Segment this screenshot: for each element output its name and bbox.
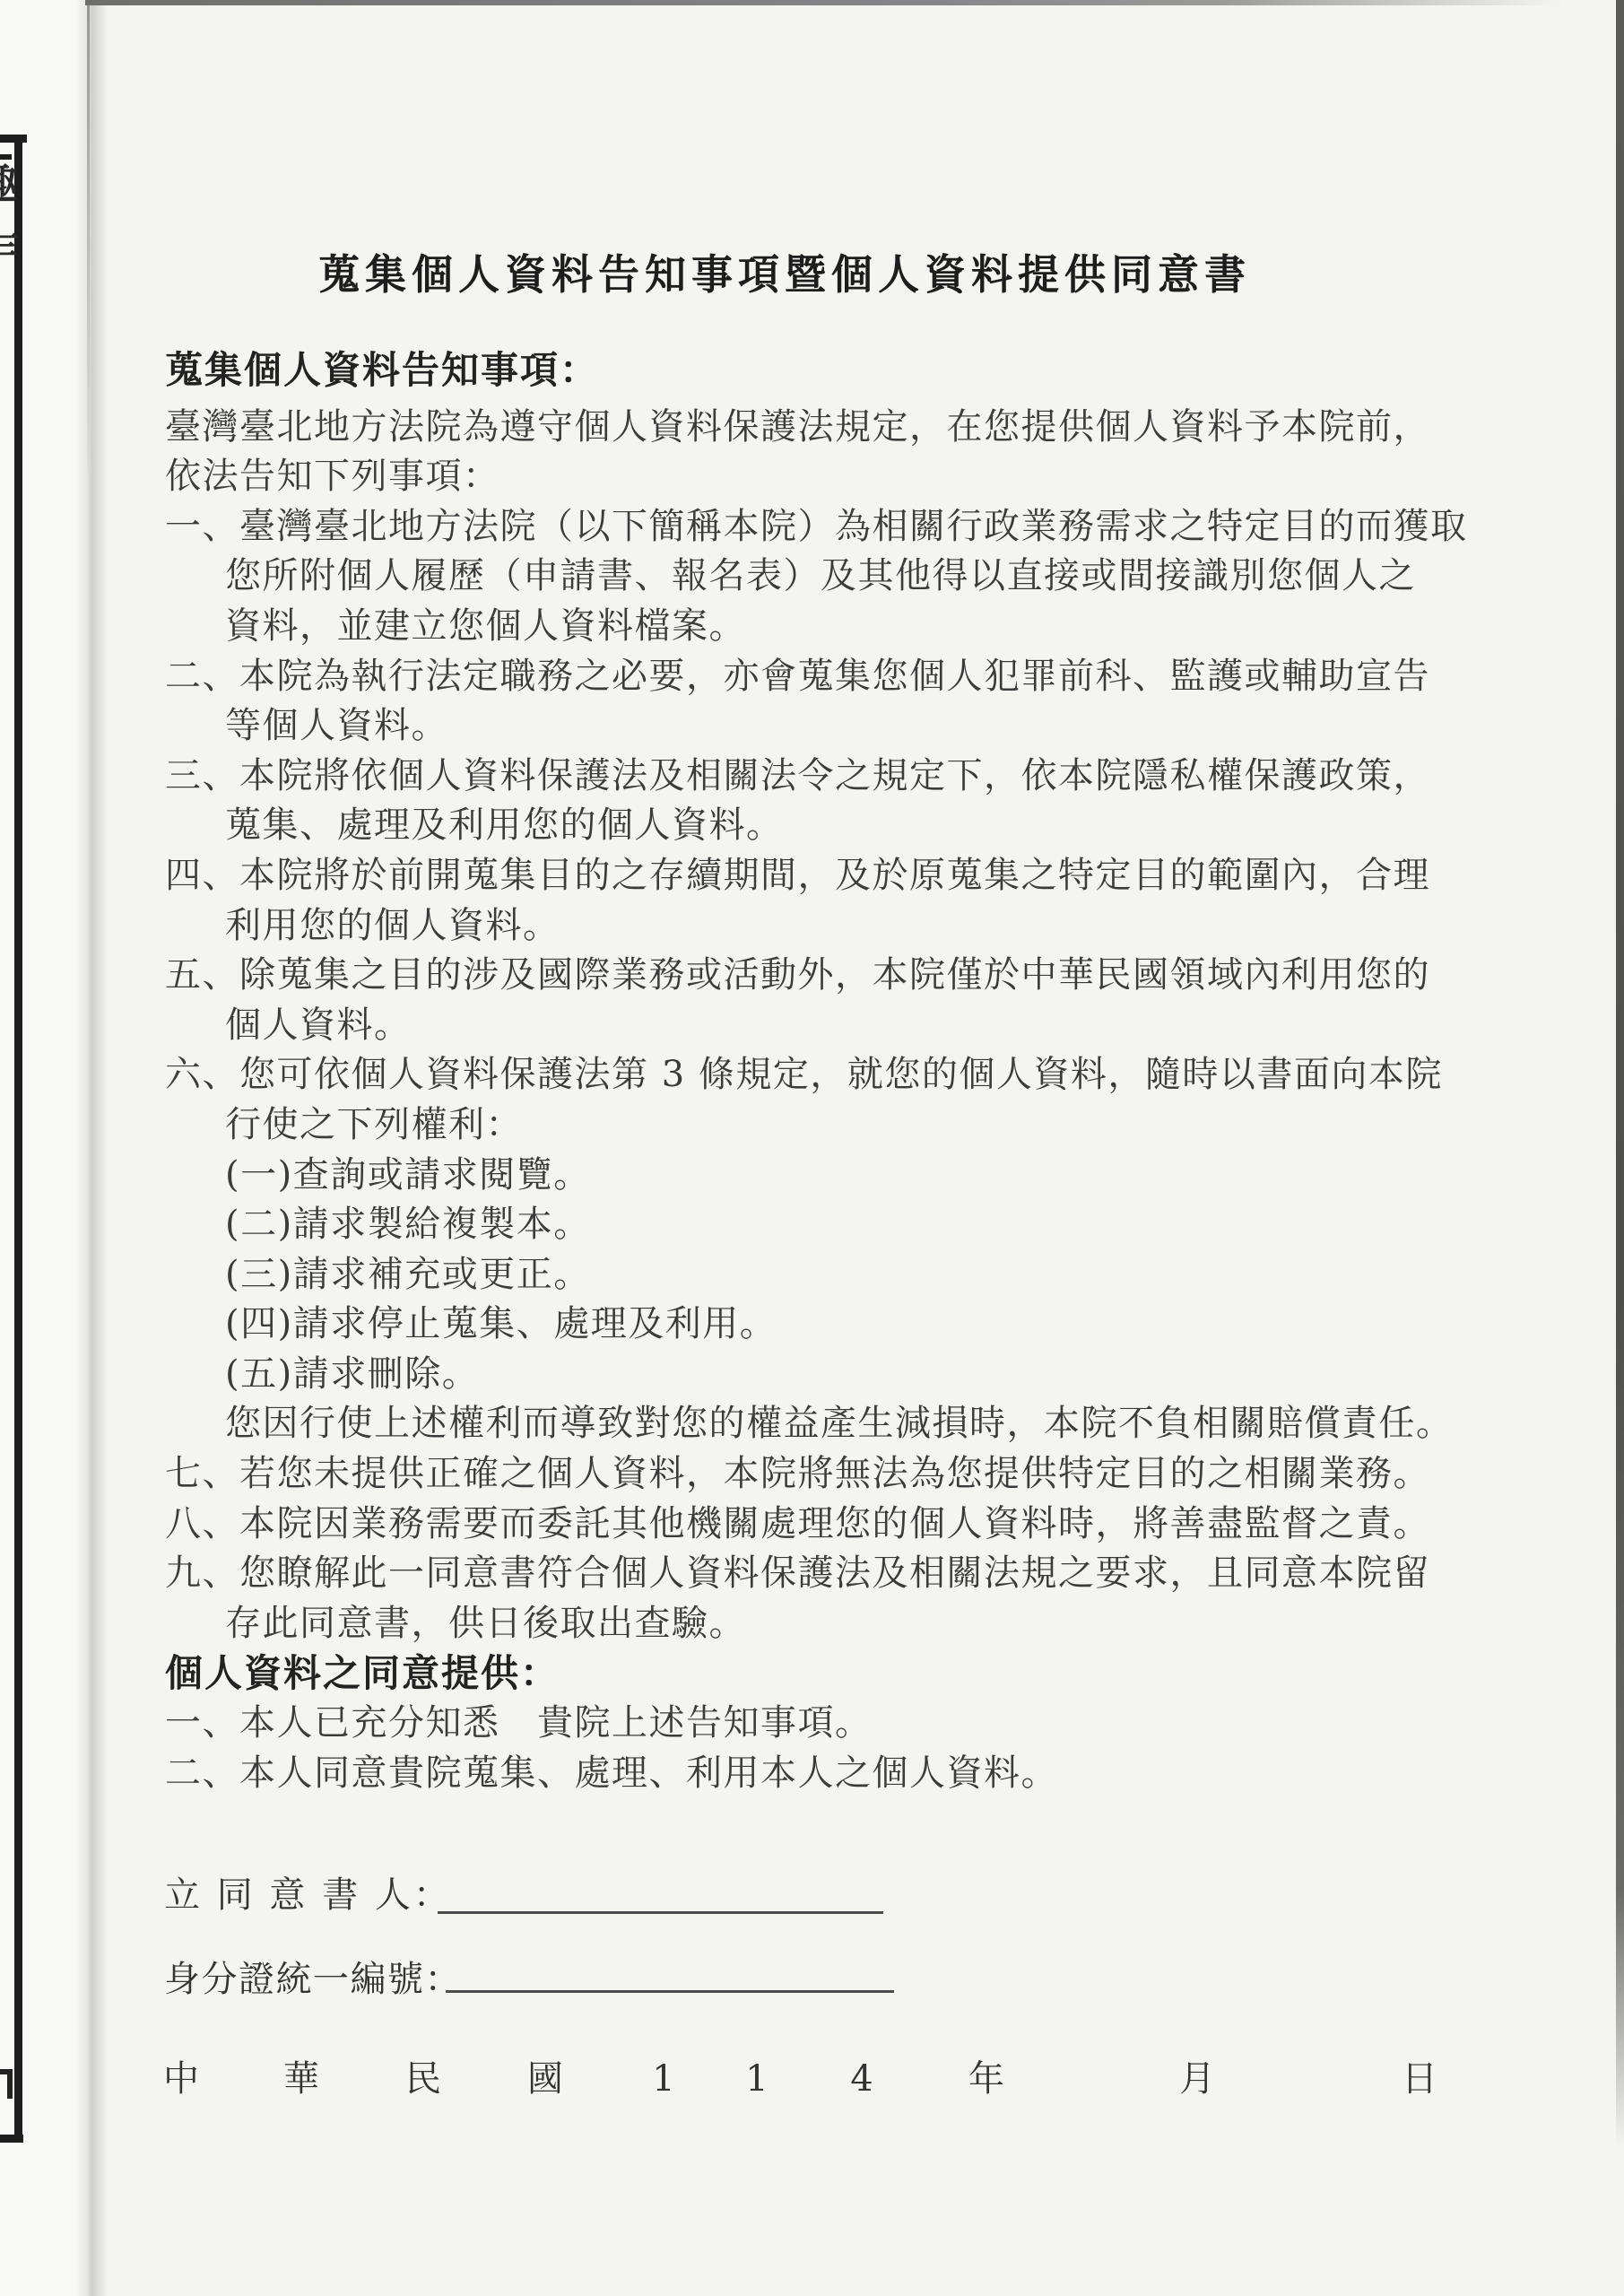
notice-line: 依法告知下列事項： [165, 452, 1510, 502]
scan-right-edge-shadow [1616, 0, 1624, 2148]
date-month-unit: 月 [1179, 2058, 1215, 2100]
scan-fold-crease [75, 0, 108, 2296]
date-year-unit: 年 [968, 2058, 1004, 2100]
notice-subitem: (三)請求補充或更正。 [165, 1250, 1510, 1300]
notice-line: 個人資料。 [165, 1001, 1510, 1051]
adjacent-page-partial-glyph [0, 2069, 13, 2099]
notice-item: 三、本院將依個人資料保護法及相關法令之規定下，依本院隱私權保護政策， [165, 752, 1510, 802]
notice-subitem: (五)請求刪除。 [165, 1350, 1510, 1400]
signer-label: 立 同 意 書 人： [164, 1874, 452, 1917]
id-number-field[interactable] [446, 1990, 894, 1994]
notice-item: 八、本院因業務需要而委託其他機關處理您的個人資料時，將善盡監督之責。 [165, 1500, 1510, 1550]
notice-item: 二、本院為執行法定職務之必要，亦會蒐集您個人犯罪前科、監護或輔助宣告 [165, 652, 1510, 702]
signer-name-field[interactable] [438, 1911, 883, 1915]
notice-item: 四、本院將於前開蒐集目的之存續期間，及於原蒐集之特定目的範圍內，合理 [165, 851, 1510, 901]
notice-line: 等個人資料。 [165, 701, 1510, 752]
id-number-label: 身分證統一編號： [164, 1959, 462, 2001]
notice-line: 資料，並建立您個人資料檔案。 [165, 602, 1510, 652]
notice-line: 您所附個人履歷（申請書、報名表）及其他得以直接或間接識別您個人之 [165, 552, 1510, 602]
notice-item: 七、若您未提供正確之個人資料，本院將無法為您提供特定目的之相關業務。 [165, 1449, 1510, 1500]
notice-line: 存此同意書，供日後取出查驗。 [165, 1599, 1510, 1649]
date-era-char: 華 [283, 2058, 319, 2100]
notice-subitem: (一)查詢或請求閱覽。 [165, 1151, 1510, 1201]
scanned-consent-form-page: 趣 乍 蒐集個人資料告知事項暨個人資料提供同意書 蒐集個人資料告知事項： 臺灣臺… [0, 0, 1624, 2296]
notice-subitem: (四)請求停止蒐集、處理及利用。 [165, 1300, 1510, 1350]
consent-item: 二、本人同意貴院蒐集、處理、利用本人之個人資料。 [165, 1749, 1510, 1799]
consent-section-heading: 個人資料之同意提供： [165, 1648, 1510, 1699]
notice-item: 一、臺灣臺北地方法院（以下簡稱本院）為相關行政業務需求之特定目的而獲取 [165, 502, 1510, 552]
notice-subitem: (二)請求製給複製本。 [165, 1200, 1510, 1250]
date-era-char: 國 [527, 2058, 563, 2100]
notice-item: 六、您可依個人資料保護法第 3 條規定，就您的個人資料，隨時以書面向本院 [165, 1050, 1510, 1100]
adjacent-page-partial-char: 乍 [0, 230, 19, 269]
date-era-char: 中 [163, 2058, 199, 2100]
date-era-char: 民 [405, 2058, 441, 2100]
scan-top-edge-shadow [85, 0, 1624, 5]
notice-line: 臺灣臺北地方法院為遵守個人資料保護法規定，在您提供個人資料予本院前， [165, 403, 1510, 453]
date-year-digit: 4 [850, 2058, 873, 2100]
adjacent-page-frame-vertical [14, 135, 22, 2141]
date-year-digit: 1 [745, 2058, 768, 2100]
notice-item: 九、您瞭解此一同意書符合個人資料保護法及相關法規之要求，且同意本院留 [165, 1549, 1510, 1599]
adjacent-page-partial-char: 趣 [0, 163, 17, 204]
notice-line: 行使之下列權利： [165, 1100, 1510, 1151]
notice-line: 利用您的個人資料。 [165, 901, 1510, 952]
date-day-unit: 日 [1402, 2058, 1437, 2100]
document-body: 蒐集個人資料告知事項： 臺灣臺北地方法院為遵守個人資料保護法規定，在您提供個人資… [165, 345, 1510, 1798]
notice-line: 蒐集、處理及利用您的個人資料。 [165, 801, 1510, 851]
adjacent-page-frame-top [0, 135, 27, 143]
document-title: 蒐集個人資料告知事項暨個人資料提供同意書 [90, 242, 1480, 301]
notice-line: 您因行使上述權利而導致對您的權益產生減損時，本院不負相關賠償責任。 [165, 1399, 1510, 1449]
adjacent-page-frame-bottom [0, 2135, 23, 2143]
date-year-digit: 1 [652, 2058, 674, 2100]
consent-item: 一、本人已充分知悉 貴院上述告知事項。 [165, 1699, 1510, 1749]
notice-section-heading: 蒐集個人資料告知事項： [165, 345, 1510, 396]
notice-item: 五、除蒐集之目的涉及國際業務或活動外，本院僅於中華民國領域內利用您的 [165, 951, 1510, 1001]
